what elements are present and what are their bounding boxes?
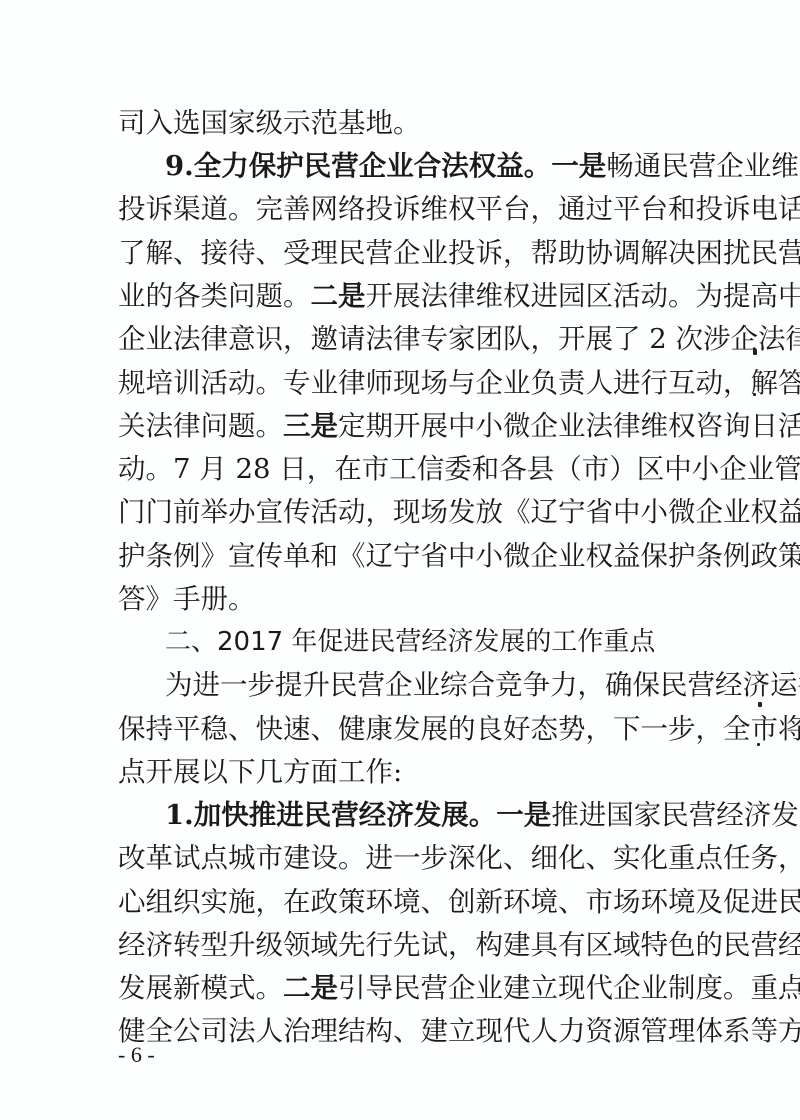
text-run: 心组织实施，在政策环境、创新环境、市场环境及促进民营 bbox=[118, 886, 800, 918]
text-run: 定期开展中小微企业法律维权咨询日活 bbox=[338, 410, 800, 442]
text-line: 发展新模式。二是引导民营企业建立现代企业制度。重点在 bbox=[118, 971, 686, 1005]
text-run: 二、2017 年促进民营经济发展的工作重点 bbox=[165, 627, 655, 657]
text-run: 改革试点城市建设。进一步深化、细化、实化重点任务，精 bbox=[118, 842, 800, 874]
scan-speck bbox=[753, 349, 757, 355]
text-line: 投诉渠道。完善网络投诉维权平台，通过平台和投诉电话等 bbox=[118, 192, 686, 226]
text-line: 为进一步提升民营企业综合竞争力，确保民营经济运行 bbox=[165, 668, 686, 702]
text-run: 畅通民营企业维权 bbox=[606, 150, 800, 182]
text-line: 改革试点城市建设。进一步深化、细化、实化重点任务，精 bbox=[118, 841, 686, 875]
document-page: 司入选国家级示范基地。9.全力保护民营企业合法权益。一是畅通民营企业维权投诉渠道… bbox=[0, 0, 800, 1120]
bold-text: 二是 bbox=[283, 972, 338, 1004]
text-line: 心组织实施，在政策环境、创新环境、市场环境及促进民营 bbox=[118, 885, 686, 919]
text-run: 门门前举办宣传活动，现场发放《辽宁省中小微企业权益保 bbox=[118, 496, 800, 528]
text-line: 业的各类问题。二是开展法律维权进园区活动。为提高中小 bbox=[118, 279, 686, 313]
text-run: 了解、接待、受理民营企业投诉，帮助协调解决困扰民营企 bbox=[118, 237, 800, 269]
text-run: 规培训活动。专业律师现场与企业负责人进行互动，解答相 bbox=[118, 367, 800, 399]
text-line: 健全公司法人治理结构、建立现代人力资源管理体系等方 bbox=[118, 1014, 686, 1048]
text-run: 发展新模式。 bbox=[118, 972, 283, 1004]
bold-text: 二是 bbox=[311, 280, 366, 312]
text-run: 开展法律维权进园区活动。为提高中小 bbox=[366, 280, 800, 312]
text-line: 门门前举办宣传活动，现场发放《辽宁省中小微企业权益保 bbox=[118, 495, 686, 529]
text-line: 经济转型升级领域先行先试，构建具有区域特色的民营经济 bbox=[118, 928, 686, 962]
text-run: 答》手册。 bbox=[118, 583, 256, 615]
text-run: 推进国家民营经济发展 bbox=[551, 799, 800, 831]
text-run: 为进一步提升民营企业综合竞争力，确保民营经济运行 bbox=[165, 669, 800, 701]
bold-text: 9.全力保护民营企业合法权益。 bbox=[165, 150, 551, 182]
text-line: 关法律问题。三是定期开展中小微企业法律维权咨询日活 bbox=[118, 409, 686, 443]
text-line: 司入选国家级示范基地。 bbox=[118, 106, 686, 140]
page-number: - 6 - bbox=[118, 1042, 155, 1068]
text-line: 点开展以下几方面工作: bbox=[118, 755, 686, 789]
text-run: 经济转型升级领域先行先试，构建具有区域特色的民营经济 bbox=[118, 929, 800, 961]
bold-text: 一是 bbox=[496, 799, 551, 831]
text-run: 司入选国家级示范基地。 bbox=[118, 107, 421, 139]
text-line: 护条例》宣传单和《辽宁省中小微企业权益保护条例政策解 bbox=[118, 539, 686, 573]
text-run: 动。7 月 28 日，在市工信委和各县（市）区中小企业管理部 bbox=[118, 453, 800, 485]
scan-speck bbox=[753, 393, 756, 396]
text-line: 9.全力保护民营企业合法权益。一是畅通民营企业维权 bbox=[165, 149, 686, 183]
text-line: 规培训活动。专业律师现场与企业负责人进行互动，解答相 bbox=[118, 366, 686, 400]
text-line: 1.加快推进民营经济发展。一是推进国家民营经济发展 bbox=[165, 798, 686, 832]
text-run: 健全公司法人治理结构、建立现代人力资源管理体系等方 bbox=[118, 1015, 800, 1047]
bold-text: 一是 bbox=[551, 150, 606, 182]
text-line: 保持平稳、快速、健康发展的良好态势，下一步，全市将重 bbox=[118, 712, 686, 746]
text-run: 引导民营企业建立现代企业制度。重点在 bbox=[338, 972, 800, 1004]
text-run: 企业法律意识，邀请法律专家团队，开展了 2 次涉企法律法 bbox=[118, 323, 800, 355]
section-heading: 二、2017 年促进民营经济发展的工作重点 bbox=[165, 625, 686, 659]
text-run: 保持平稳、快速、健康发展的良好态势，下一步，全市将重 bbox=[118, 713, 800, 745]
text-line: 动。7 月 28 日，在市工信委和各县（市）区中小企业管理部 bbox=[118, 452, 686, 486]
text-line: 了解、接待、受理民营企业投诉，帮助协调解决困扰民营企 bbox=[118, 236, 686, 270]
text-run: 点开展以下几方面工作: bbox=[118, 756, 402, 788]
scan-speck bbox=[758, 702, 762, 707]
text-run: 业的各类问题。 bbox=[118, 280, 311, 312]
bold-text: 1.加快推进民营经济发展。 bbox=[165, 799, 496, 831]
bold-text: 三是 bbox=[283, 410, 338, 442]
text-line: 答》手册。 bbox=[118, 582, 686, 616]
scan-speck bbox=[757, 743, 760, 746]
text-run: 投诉渠道。完善网络投诉维权平台，通过平台和投诉电话等 bbox=[118, 193, 800, 225]
text-line: 企业法律意识，邀请法律专家团队，开展了 2 次涉企法律法 bbox=[118, 322, 686, 356]
text-run: 护条例》宣传单和《辽宁省中小微企业权益保护条例政策解 bbox=[118, 540, 800, 572]
text-run: 关法律问题。 bbox=[118, 410, 283, 442]
